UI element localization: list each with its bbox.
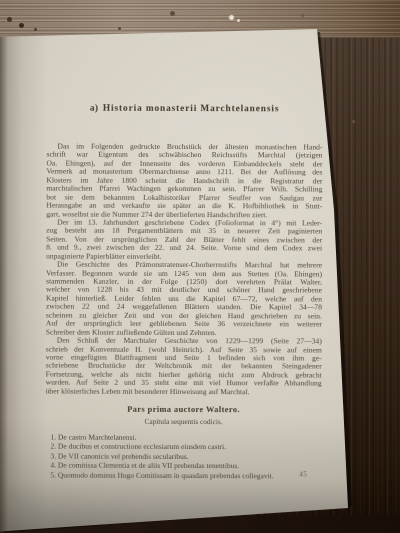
paragraph-4: Den Schluß der Marchtaler Geschichte von… (46, 337, 322, 397)
photo-of-book-page: a) Historia monasterii Marchtelanensis D… (0, 0, 400, 533)
wood-specks (0, 0, 3, 3)
capitula-heading: Capitula sequentis codicis. (46, 416, 322, 426)
paragraph-1: Das im Folgenden gedruckte Bruchstück de… (46, 143, 322, 220)
capitula-list: 1. De castro Marchtelanensi.2. De ducibu… (45, 432, 321, 481)
text-line: 5. Quomodo dominus Hugo Comitissam in qu… (50, 471, 321, 482)
part-heading: Pars prima auctore Waltero. (46, 405, 322, 415)
paragraph-3: Die Geschichte des Prämonstratenser-Chor… (46, 261, 322, 338)
paragraph-2: Der im 13. Jahrhundert geschriebene Code… (46, 218, 322, 261)
page-title: a) Historia monasterii Marchtelanensis (47, 104, 323, 115)
signature-mark: 45 (299, 471, 307, 478)
section-label: a) (90, 104, 98, 114)
text-line: über klösterliches Leben mit besonderer … (46, 387, 322, 396)
title-text: Historia monasterii Marchtelanensis (103, 104, 279, 115)
page-text-block: a) Historia monasterii Marchtelanensis D… (45, 104, 322, 482)
